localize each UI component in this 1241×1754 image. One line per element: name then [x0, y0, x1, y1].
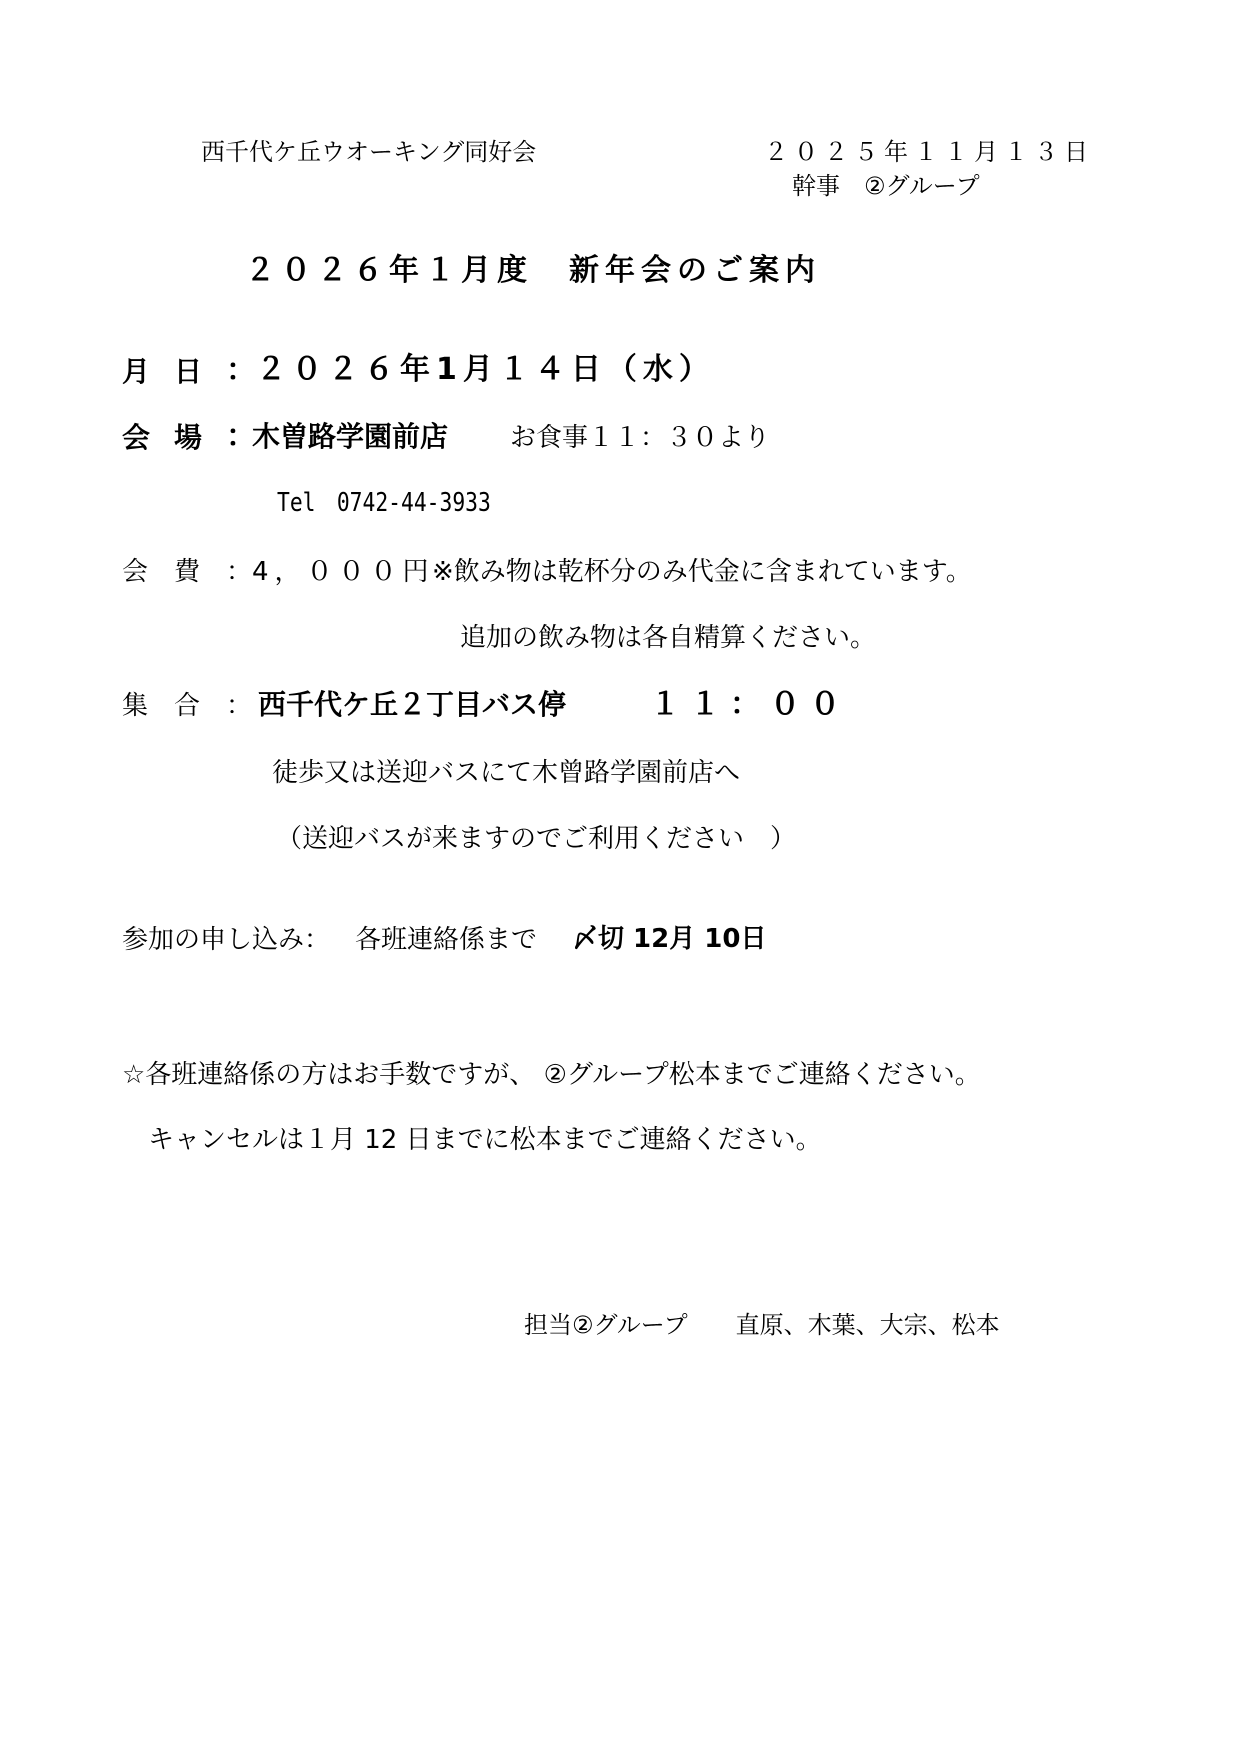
meeting-colon: ： — [226, 693, 252, 719]
issue-date: ２０２５年１１月１３日 — [764, 140, 1094, 164]
meeting-place: 西千代ケ丘２丁目バス停 — [258, 691, 566, 719]
fee-label-2: 費 — [174, 559, 200, 585]
meeting-label-1: 集 — [122, 693, 148, 719]
meeting-note-shuttle: （送迎バスが来ますのでご利用ください ） — [276, 826, 796, 852]
application-deadline: 〆切 12月 10日 — [572, 926, 766, 952]
fee-note-additional-drinks: 追加の飲み物は各自精算ください。 — [460, 625, 876, 651]
date-colon: ： — [226, 356, 256, 386]
fee-amount: 4，０００円 — [252, 559, 435, 585]
venue-tel: Tel 0742-44-3933 — [277, 490, 491, 516]
organization-name: 西千代ケ丘ウオーキング同好会 — [201, 140, 536, 164]
fee-colon: ： — [226, 559, 252, 585]
venue-label-1: 会 — [122, 424, 150, 452]
meeting-label-2: 合 — [174, 693, 200, 719]
venue-name: 木曽路学園前店 — [252, 423, 448, 451]
application-label: 参加の申し込み： — [122, 927, 330, 953]
fee-label-1: 会 — [122, 559, 148, 585]
organizer: 幹事 ②グループ — [792, 174, 980, 198]
notice-contact-matsumoto: ☆各班連絡係の方はお手数ですが、 ②グループ松本までご連絡ください。 — [122, 1062, 981, 1088]
event-date: ２０２６年1月１４日（水） — [256, 355, 715, 385]
application-contact: 各班連絡係まで — [355, 927, 537, 953]
responsible-group: 担当②グループ 直原、木葉、大宗、松本 — [524, 1313, 1000, 1337]
date-label-1: 月 — [122, 358, 150, 386]
notice-cancellation: キャンセルは１月 12 日までに松本までご連絡ください。 — [148, 1127, 822, 1153]
meeting-time: １１：００ — [650, 690, 850, 720]
meal-time: お食事１１：３０より — [510, 425, 770, 451]
venue-label-2: 場 — [174, 424, 202, 452]
meeting-note-transport: 徒歩又は送迎バスにて木曾路学園前店へ — [272, 760, 740, 786]
date-label-2: 日 — [174, 358, 202, 386]
document-title: ２０２６年１月度 新年会のご案内 — [245, 256, 821, 286]
fee-note: ※飲み物は乾杯分のみ代金に含まれています。 — [432, 559, 972, 585]
